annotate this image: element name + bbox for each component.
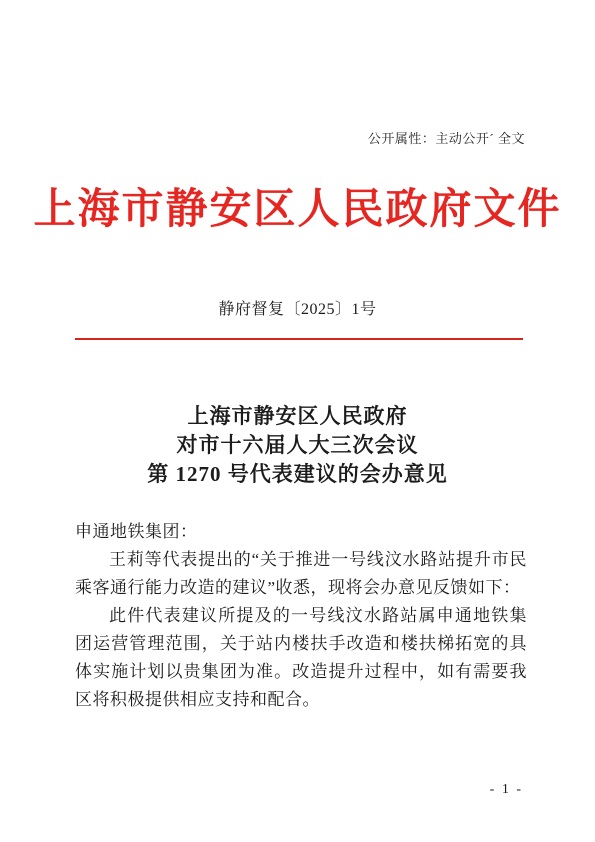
page-number: - 1 -: [490, 782, 523, 798]
document-page: 公开属性：主动公开ˊ 全文 上海市静安区人民政府文件 静府督复〔2025〕1号 …: [0, 0, 595, 842]
salutation: 申通地铁集团：: [75, 518, 527, 546]
publicity-attribute-note: 公开属性：主动公开ˊ 全文: [368, 128, 525, 147]
body-paragraph: 王莉等代表提出的“关于推进一号线汶水路站提升市民乘客通行能力改造的建议”收悉，现…: [75, 546, 527, 602]
subject-title: 上海市静安区人民政府 对市十六届人大三次会议 第 1270 号代表建议的会办意见: [0, 402, 595, 489]
masthead-title: 上海市静安区人民政府文件: [0, 176, 595, 236]
red-divider-rule: [75, 338, 523, 340]
document-body: 申通地铁集团： 王莉等代表提出的“关于推进一号线汶水路站提升市民乘客通行能力改造…: [75, 518, 527, 714]
body-paragraph: 此件代表建议所提及的一号线汶水路站属申通地铁集团运营管理范围，关于站内楼扶手改造…: [75, 602, 527, 714]
subject-title-line: 第 1270 号代表建议的会办意见: [0, 460, 595, 489]
subject-title-line: 对市十六届人大三次会议: [0, 431, 595, 460]
document-number: 静府督复〔2025〕1号: [0, 296, 595, 319]
subject-title-line: 上海市静安区人民政府: [0, 402, 595, 431]
